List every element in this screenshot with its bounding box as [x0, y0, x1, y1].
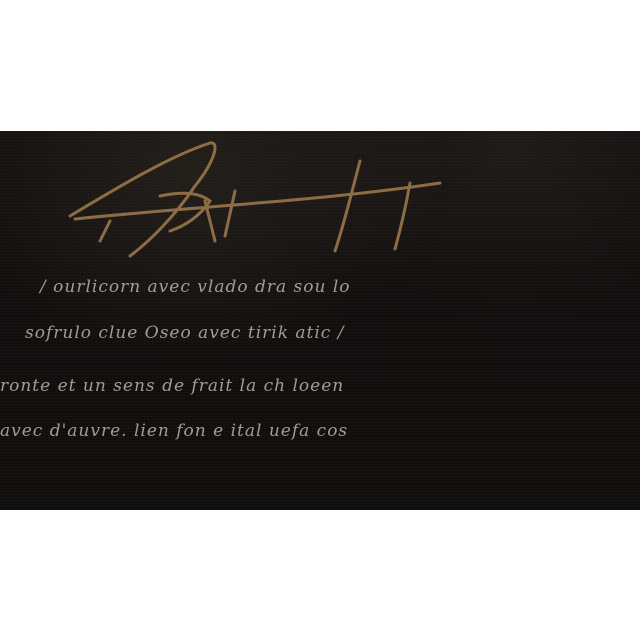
handwriting-line-2: sofrulo clue Oseo avec tirik atic / [25, 323, 344, 343]
handwriting-line-4: avec d'auvre. lien fon e ital uefa cos [0, 421, 348, 441]
handwriting-line-3: ronte et un sens de frait la ch loeen [0, 376, 344, 396]
handwriting-line-1: / ourlicorn avec vlado dra sou lo [40, 277, 351, 297]
painting-canvas: / ourlicorn avec vlado dra sou lo sofrul… [0, 131, 640, 510]
signature-scribble [0, 131, 640, 510]
